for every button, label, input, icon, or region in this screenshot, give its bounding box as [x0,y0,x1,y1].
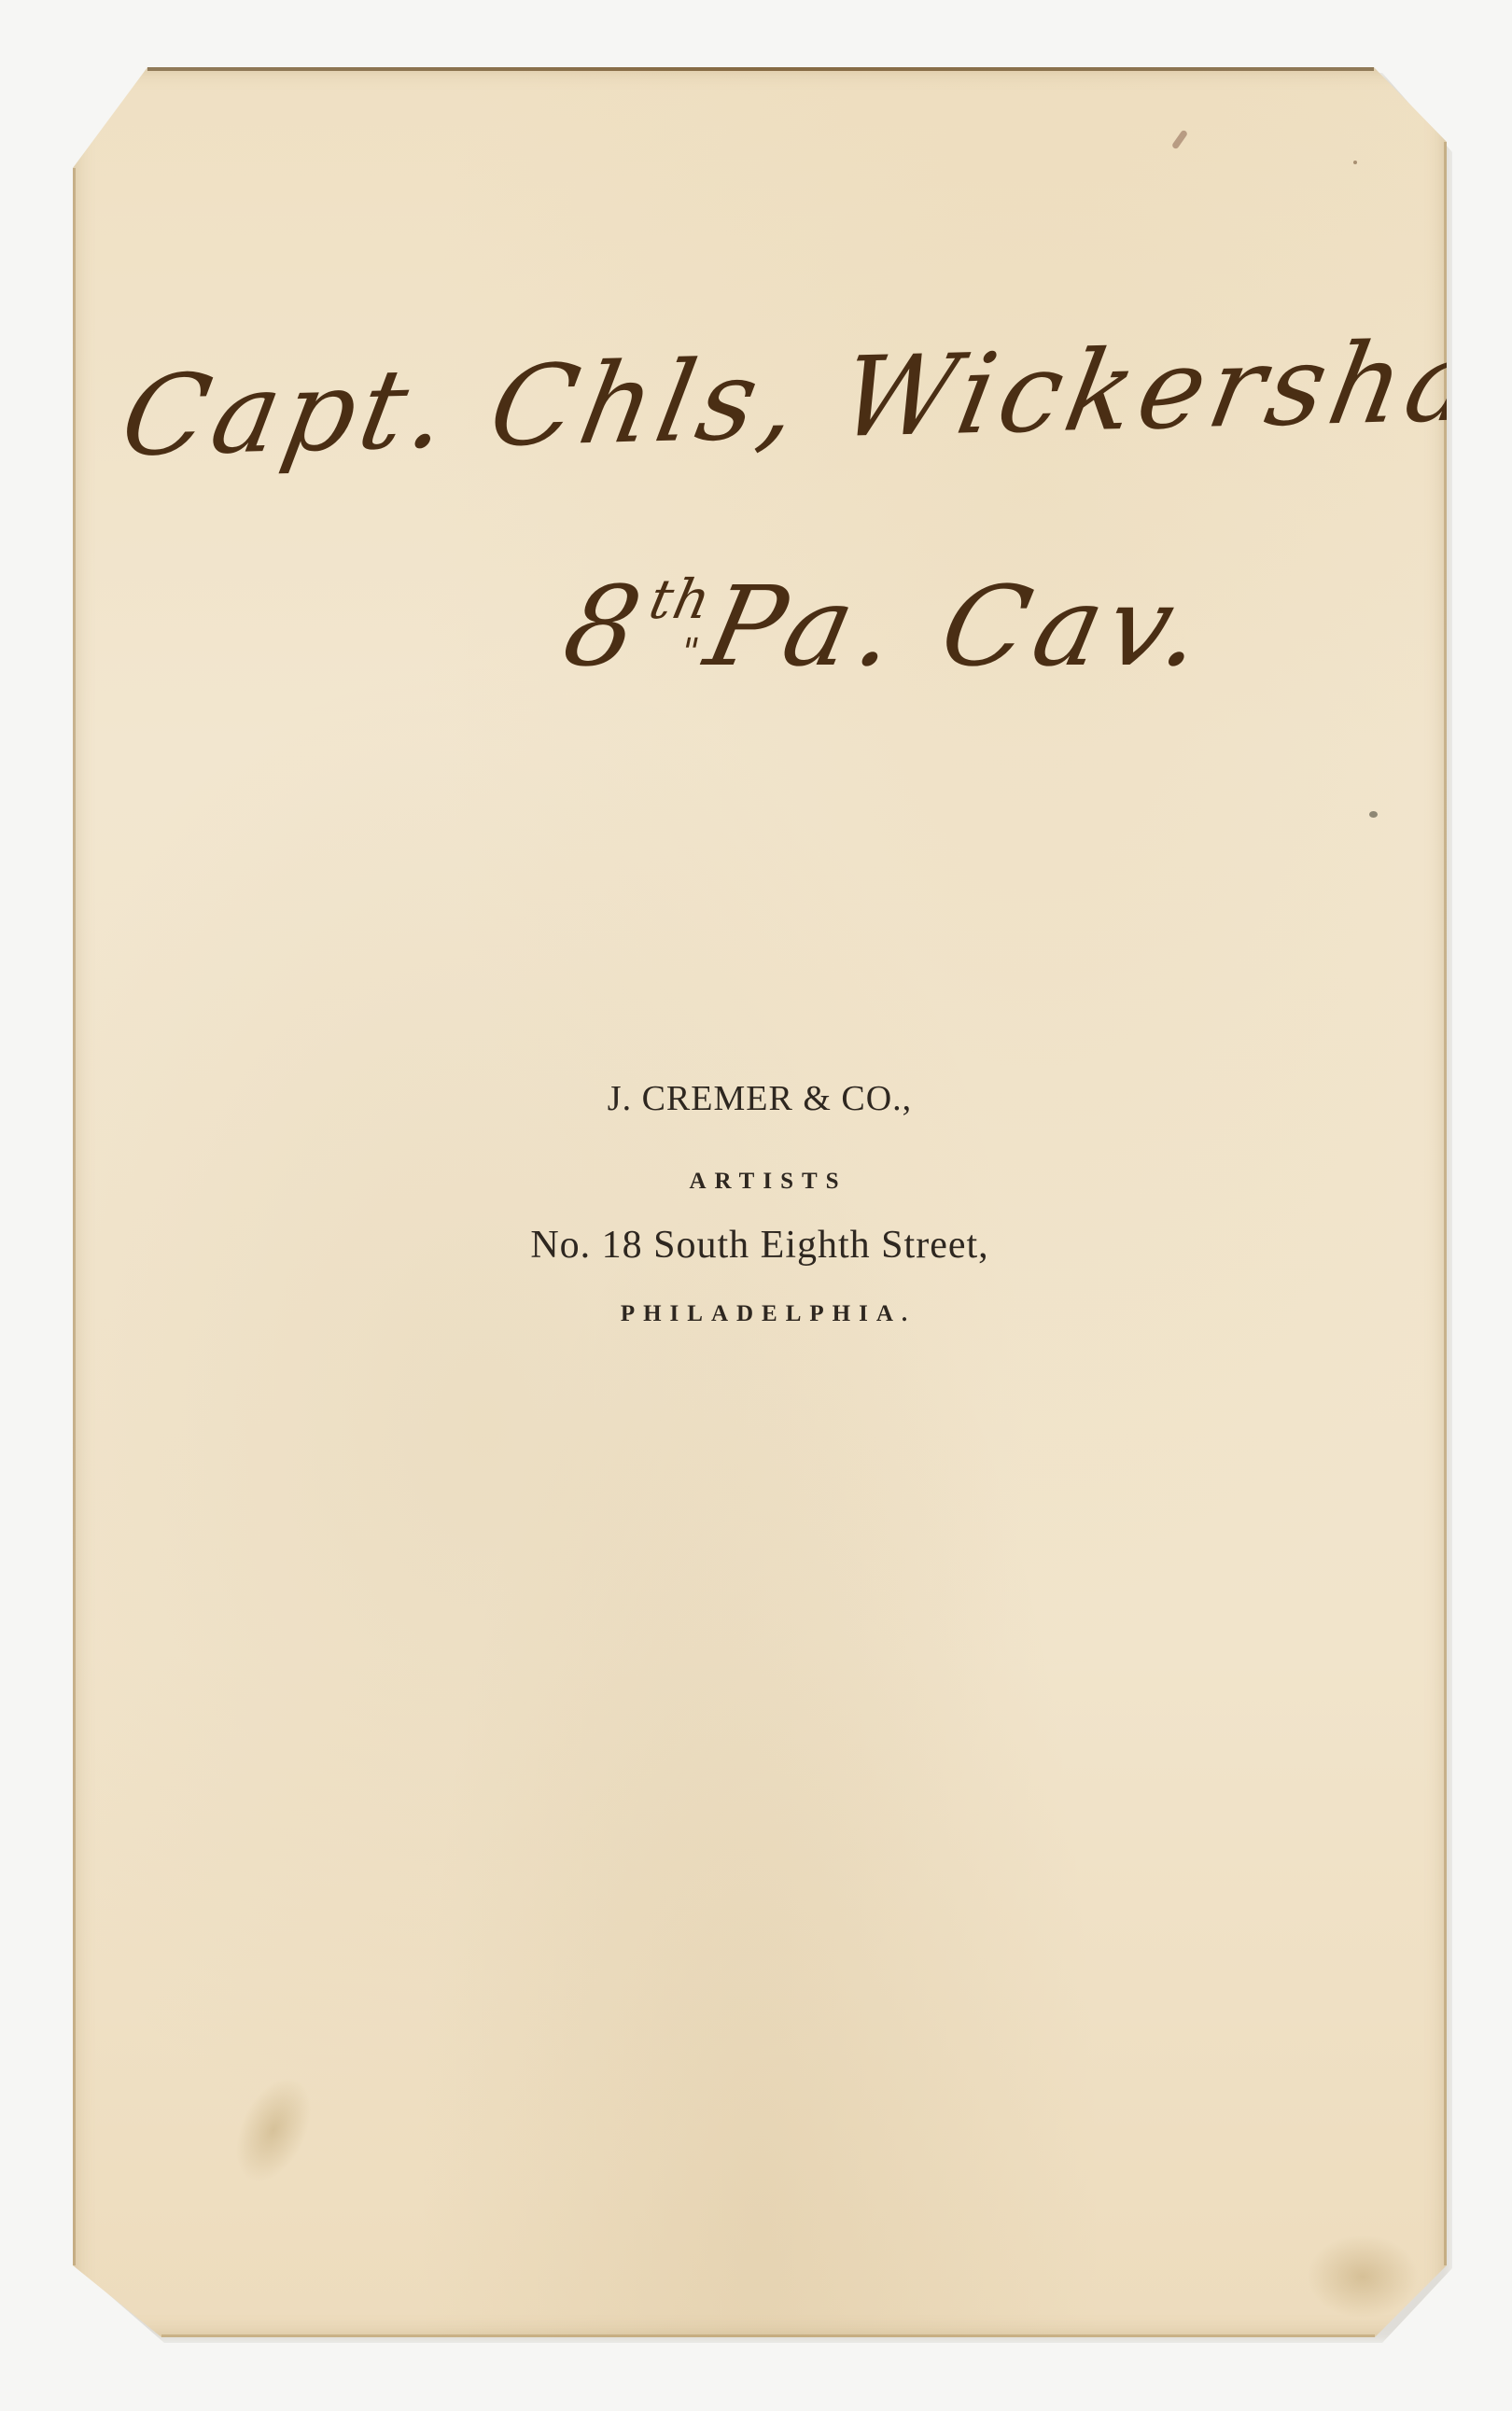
studio-profession: ARTISTS [73,1169,1455,1195]
ditto-mark: " [677,631,703,674]
foxing-dot [1353,161,1357,164]
inscription-name-text: Capt. Chls, Wickersham [112,314,1512,482]
regiment-number: 8 [553,562,658,691]
foxing-dot [1369,811,1378,818]
regiment-unit: Pa. Cav. [695,562,1222,691]
studio-address: No. 18 South Eighth Street, [73,1223,1447,1268]
foxing-stain [220,2066,327,2194]
studio-city: PHILADELPHIA. [73,1301,1455,1327]
card-top-edge [147,67,1374,71]
regiment-ordinal-suffix: th [644,568,718,631]
studio-name: J. CREMER & CO., [73,1078,1447,1119]
card-right-edge [1444,142,1447,2265]
card-left-edge [73,168,76,2265]
handwritten-name: Capt. Chls, Wickersham [112,314,1512,482]
handwritten-regiment: 8th"Pa. Cav. [553,562,1222,691]
card-bottom-edge [161,2334,1375,2337]
ink-mark [1171,129,1188,149]
corner-stain [1307,2235,1419,2319]
cdv-card-back: Capt. Chls, Wickersham 8th"Pa. Cav. J. C… [73,67,1447,2337]
